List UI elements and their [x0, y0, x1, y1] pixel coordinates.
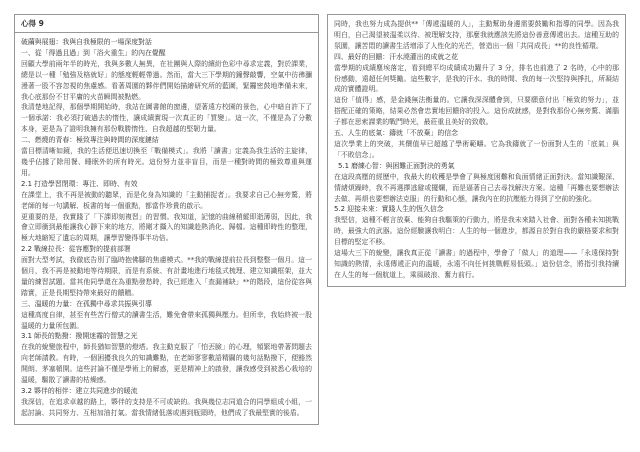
- section-heading-5: 五、人生的底氣：鑄就「不放棄」的信念: [334, 128, 619, 139]
- paragraph: 更重要的是，我實踐了「下課即刻複習」的習慣。我知道，記憶的曲線稍縱即逝薄弱，因此…: [21, 212, 312, 245]
- left-column-body: 破繭與展翅：我與自我極限的一場深度對話 一、從「得過且過」到「浴火重生」的內在覺…: [15, 33, 318, 424]
- paragraph: 同時，我也努力成為提供**「傳遞溫暖的人」，主動幫助身邊需要鼓勵和指導的同學。因…: [334, 19, 619, 52]
- paragraph: 這次學業上的突破，其價值早已超越了學術範疇。它為我鑄就了一份面對人生的「底氣」與…: [334, 139, 619, 161]
- paragraph: 回顧大學前兩年半的時光，我與多數人無異，在社團與人際的繽紛色彩中尋求定義，對於課…: [21, 59, 312, 103]
- paragraph: 當學期的成績塵埃落定，看到總平均成績成功躍升了 3 分，排名也前進了 2 名時，…: [334, 63, 619, 96]
- subsection-heading-3-1: 3.1 師長的點撥：撥開迷霧的智慧之光: [21, 331, 312, 342]
- paragraph: 我清楚地記得，那個學期開始時，我站在圖書館的窗邊，望著遠方校園的景色，心中暗自許…: [21, 102, 312, 135]
- subsection-heading-3-2: 3.2 夥伴的相伴：建立共同進步的暖流: [21, 386, 312, 397]
- document-page-right: 同時，我也努力成為提供**「傳遞溫暖的人」，主動幫助身邊需要鼓勵和指導的同學。因…: [327, 14, 626, 287]
- paragraph: 我深信，在追求卓越的路上，夥伴的支持是不可或缺的。我與幾位志同道合的同學組成小組…: [21, 397, 312, 419]
- document-page-left: 心得 9 破繭與展翅：我與自我極限的一場深度對話 一、從「得過且過」到「浴火重生…: [14, 14, 319, 425]
- paragraph: 這份「值得」感，是金錢無法衡量的。它讓我深深體會到，只要願意付出「極致的努力」，…: [334, 95, 619, 128]
- paragraph: 在我的蛻變旅程中，師長猶如智慧的燈塔。我主動克服了「怕丟臉」的心理，頻繁地帶著問…: [21, 342, 312, 386]
- subsection-heading-5-1: 5.1 磨練心智：與困難正面對決的勇氣: [334, 161, 619, 172]
- paragraph: 在課堂上，我不再是被動的聽眾，而是化身為知識的「主動捕捉者」。我要求自己心無旁騖…: [21, 190, 312, 212]
- paragraph: 在這段高壓的經歷中，我最大的收穫是學會了與極度困難和負面情緒正面對決。當知識艱深…: [334, 172, 619, 205]
- paragraph: 我堅信，這種不輕言放棄、能夠自我驅策的行動力，將是我未來踏入社會、面對各種未知挑…: [334, 215, 619, 248]
- doc-subtitle: 破繭與展翅：我與自我極限的一場深度對話: [21, 37, 312, 48]
- paragraph: 面對大型考試，我徹底告別了臨時抱佛腳的焦慮模式。**我的戰線提前拉長到整整一個月…: [21, 255, 312, 299]
- right-column-body: 同時，我也努力成為提供**「傳遞溫暖的人」，主動幫助身邊需要鼓勵和指導的同學。因…: [328, 15, 625, 286]
- subsection-heading-2-2: 2.2 戰線拉長：從容應對的提前部署: [21, 244, 312, 255]
- subsection-heading-5-2: 5.2 迎接未來：實踐人生的恆久信念: [334, 204, 619, 215]
- section-heading-1: 一、從「得過且過」到「浴火重生」的內在覺醒: [21, 48, 312, 59]
- paragraph: 這種高度自律，甚至有些苦行僧式的讀書生活，難免會帶來孤獨與壓力。但所幸，我始終被…: [21, 310, 312, 332]
- section-heading-3: 三、溫暖的力量：在孤獨中尋求共振與引導: [21, 299, 312, 310]
- doc-title: 心得 9: [15, 15, 318, 33]
- subsection-heading-2-1: 2.1 打造學習閉環：專注、即時、有效: [21, 179, 312, 190]
- paragraph: 當目標清晰如鏡，我的生活便迅速切換至「戰備模式」。我將「讀書」定義為我生活的主旋…: [21, 146, 312, 179]
- section-heading-4: 四、最好的回饋：汗水澆灌出的成就之花: [334, 52, 619, 63]
- paragraph: 這場大三下的蛻變，讓我真正從「讀書」的過程中，學會了「做人」的道理——「永遠保持…: [334, 248, 619, 281]
- section-heading-2: 二、燃燒的青春：極致專注與時間的深度鏈結: [21, 135, 312, 146]
